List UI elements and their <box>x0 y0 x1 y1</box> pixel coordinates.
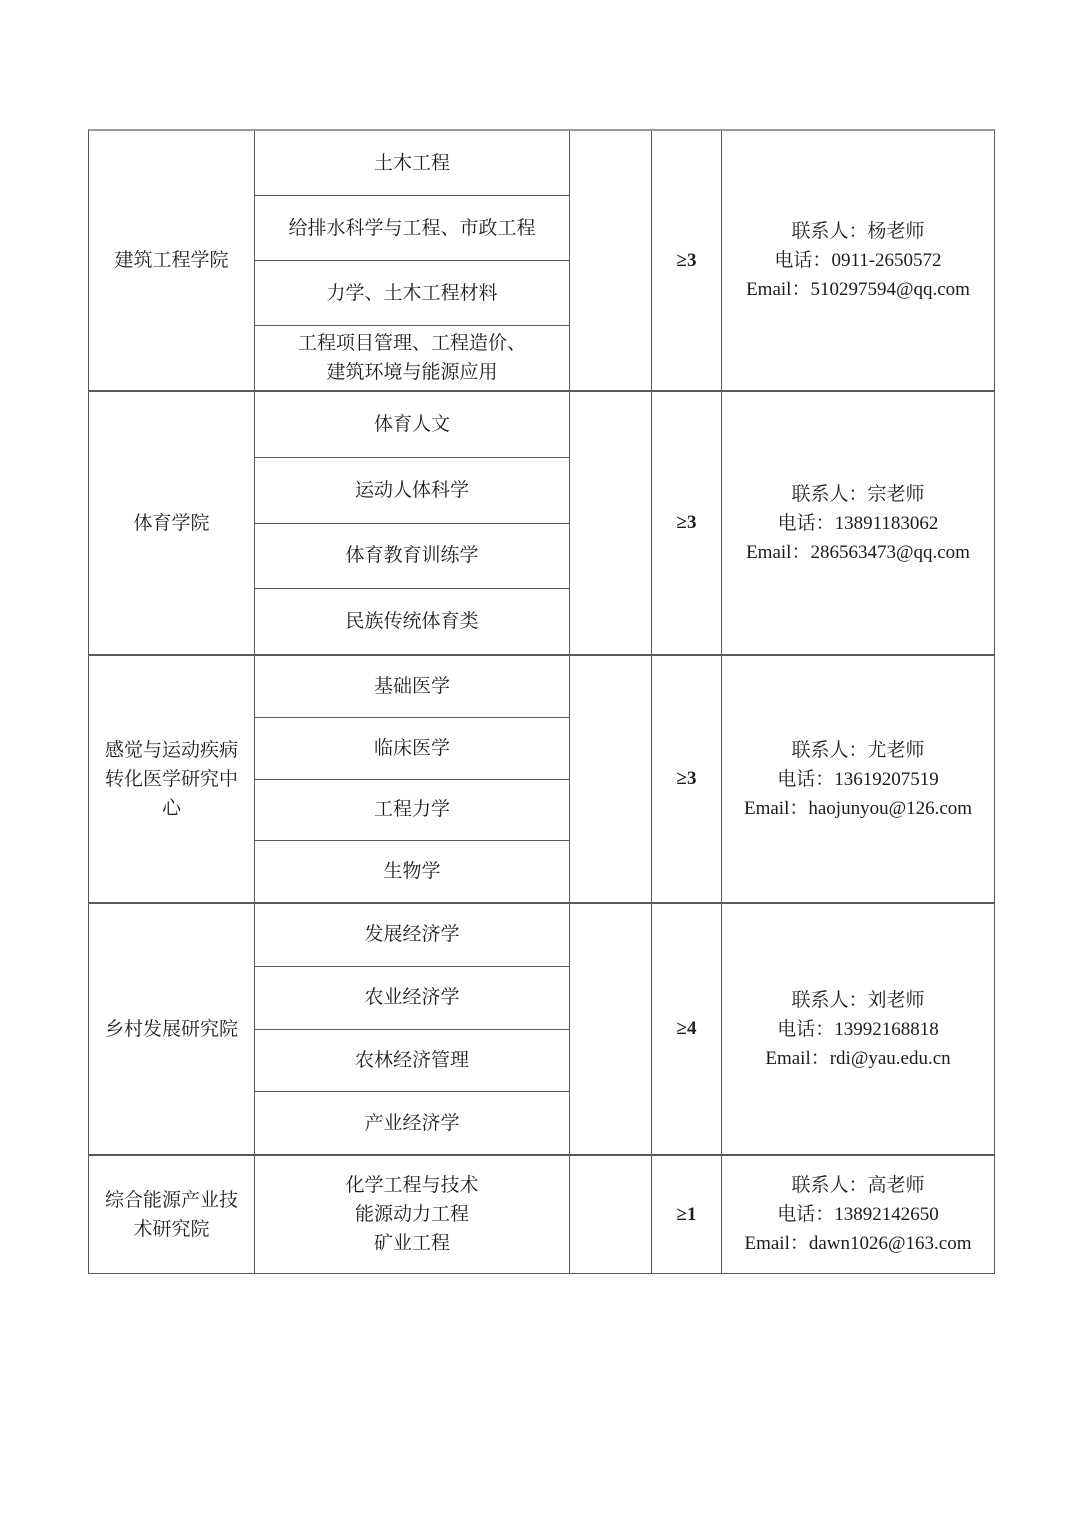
contact-email-line: Email：dawn1026@163.com <box>744 1229 971 1258</box>
quota-cell: ≥3 <box>652 131 722 390</box>
college-cell: 乡村发展研究院 <box>89 904 255 1154</box>
document-page: 建筑工程学院 土木工程 给排水科学与工程、市政工程 力学、土木工程材料 工程项目… <box>0 0 1080 1528</box>
contact-person-label: 联系人： <box>791 484 867 505</box>
contact-cell: 联系人：宗老师 电话：13891183062 Email：286563473@q… <box>722 392 994 654</box>
contact-phone-label: 电话： <box>778 513 835 534</box>
table-row: 感觉与运动疾病 转化医学研究中 心 基础医学 临床医学 工程力学 生物学 ≥3 … <box>89 656 994 904</box>
major-cell: 化学工程与技术 能源动力工程 矿业工程 <box>255 1156 569 1273</box>
contact-email-label: Email： <box>765 1048 829 1069</box>
contact-email-line: Email：510297594@qq.com <box>746 275 970 304</box>
contact-phone-line: 电话：13891183062 <box>778 509 939 538</box>
table-row: 建筑工程学院 土木工程 给排水科学与工程、市政工程 力学、土木工程材料 工程项目… <box>89 131 994 392</box>
major-cell: 基础医学 <box>255 656 569 718</box>
college-cell: 建筑工程学院 <box>89 131 255 390</box>
contact-person-label: 联系人： <box>791 740 867 761</box>
contact-person-line: 联系人：宗老师 <box>791 480 924 509</box>
contact-phone-line: 电话：13892142650 <box>777 1200 939 1229</box>
majors-column: 发展经济学 农业经济学 农林经济管理 产业经济学 <box>255 904 570 1154</box>
majors-column: 土木工程 给排水科学与工程、市政工程 力学、土木工程材料 工程项目管理、工程造价… <box>255 131 570 390</box>
contact-person-value: 高老师 <box>868 1175 925 1196</box>
contact-email-label: Email： <box>744 798 808 819</box>
major-cell: 农业经济学 <box>255 967 569 1030</box>
major-cell: 力学、土木工程材料 <box>255 261 569 326</box>
contact-person-label: 联系人： <box>791 221 867 242</box>
contact-phone-label: 电话： <box>777 1204 834 1225</box>
contact-cell: 联系人：刘老师 电话：13992168818 Email：rdi@yau.edu… <box>722 904 994 1154</box>
contact-email-line: Email：haojunyou@126.com <box>744 794 972 823</box>
contact-person-label: 联系人： <box>791 990 867 1011</box>
major-cell: 运动人体科学 <box>255 458 569 524</box>
contact-phone-label: 电话： <box>777 1019 834 1040</box>
college-name: 建筑工程学院 <box>114 246 228 275</box>
contact-person-value: 尤老师 <box>868 740 925 761</box>
major-cell: 发展经济学 <box>255 904 569 967</box>
contact-person-label: 联系人： <box>791 1175 867 1196</box>
college-name: 综合能源产业技 术研究院 <box>105 1186 238 1244</box>
contact-email-label: Email： <box>746 542 810 563</box>
table-row: 体育学院 体育人文 运动人体科学 体育教育训练学 民族传统体育类 ≥3 联系人：… <box>89 392 994 656</box>
contact-email-value: dawn1026@163.com <box>809 1233 972 1254</box>
major-cell: 体育教育训练学 <box>255 524 569 590</box>
contact-email-line: Email：286563473@qq.com <box>746 538 970 567</box>
majors-column: 基础医学 临床医学 工程力学 生物学 <box>255 656 570 902</box>
contact-person-line: 联系人：刘老师 <box>791 986 924 1015</box>
contact-email-value: 286563473@qq.com <box>810 542 969 563</box>
majors-column: 化学工程与技术 能源动力工程 矿业工程 <box>255 1156 570 1273</box>
contact-cell: 联系人：高老师 电话：13892142650 Email：dawn1026@16… <box>722 1156 994 1273</box>
contact-phone-label: 电话： <box>777 769 834 790</box>
major-cell: 民族传统体育类 <box>255 589 569 654</box>
contact-email-label: Email： <box>746 279 810 300</box>
college-name: 体育学院 <box>133 509 209 538</box>
contact-email-line: Email：rdi@yau.edu.cn <box>765 1044 950 1073</box>
empty-cell <box>570 1156 652 1273</box>
empty-cell <box>570 392 652 654</box>
contact-phone-line: 电话：0911-2650572 <box>774 246 941 275</box>
contact-phone-value: 13891183062 <box>835 513 939 534</box>
major-cell: 临床医学 <box>255 718 569 780</box>
table-row: 乡村发展研究院 发展经济学 农业经济学 农林经济管理 产业经济学 ≥4 联系人：… <box>89 904 994 1156</box>
contact-phone-value: 13992168818 <box>834 1019 939 1040</box>
major-cell: 生物学 <box>255 841 569 902</box>
major-cell: 产业经济学 <box>255 1092 569 1154</box>
empty-cell <box>570 131 652 390</box>
contact-cell: 联系人：尤老师 电话：13619207519 Email：haojunyou@1… <box>722 656 994 902</box>
contact-person-line: 联系人：高老师 <box>791 1171 924 1200</box>
college-cell: 体育学院 <box>89 392 255 654</box>
major-cell: 工程力学 <box>255 780 569 842</box>
college-name: 感觉与运动疾病 转化医学研究中 心 <box>105 736 238 823</box>
major-cell: 工程项目管理、工程造价、 建筑环境与能源应用 <box>255 326 569 390</box>
contact-email-value: haojunyou@126.com <box>808 798 972 819</box>
contact-phone-value: 13619207519 <box>834 769 939 790</box>
empty-cell <box>570 656 652 902</box>
college-cell: 综合能源产业技 术研究院 <box>89 1156 255 1273</box>
major-cell: 土木工程 <box>255 131 569 196</box>
contact-email-label: Email： <box>744 1233 808 1254</box>
contact-person-value: 宗老师 <box>868 484 925 505</box>
contact-email-value: 510297594@qq.com <box>810 279 969 300</box>
contact-phone-value: 0911-2650572 <box>831 250 941 271</box>
contact-person-line: 联系人：尤老师 <box>791 736 924 765</box>
quota-cell: ≥3 <box>652 392 722 654</box>
contact-phone-label: 电话： <box>774 250 831 271</box>
major-cell: 农林经济管理 <box>255 1030 569 1093</box>
college-cell: 感觉与运动疾病 转化医学研究中 心 <box>89 656 255 902</box>
empty-cell <box>570 904 652 1154</box>
contact-phone-line: 电话：13992168818 <box>777 1015 939 1044</box>
table-row: 综合能源产业技 术研究院 化学工程与技术 能源动力工程 矿业工程 ≥1 联系人：… <box>89 1156 994 1273</box>
majors-column: 体育人文 运动人体科学 体育教育训练学 民族传统体育类 <box>255 392 570 654</box>
contact-phone-value: 13892142650 <box>834 1204 939 1225</box>
contact-person-line: 联系人：杨老师 <box>791 217 924 246</box>
major-cell: 给排水科学与工程、市政工程 <box>255 196 569 261</box>
quota-cell: ≥3 <box>652 656 722 902</box>
contact-person-value: 刘老师 <box>868 990 925 1011</box>
college-name: 乡村发展研究院 <box>105 1015 238 1044</box>
contact-person-value: 杨老师 <box>868 221 925 242</box>
contact-email-value: rdi@yau.edu.cn <box>830 1048 951 1069</box>
quota-cell: ≥1 <box>652 1156 722 1273</box>
contact-cell: 联系人：杨老师 电话：0911-2650572 Email：510297594@… <box>722 131 994 390</box>
recruitment-table: 建筑工程学院 土木工程 给排水科学与工程、市政工程 力学、土木工程材料 工程项目… <box>88 129 995 1274</box>
contact-phone-line: 电话：13619207519 <box>777 765 939 794</box>
major-cell: 体育人文 <box>255 392 569 458</box>
quota-cell: ≥4 <box>652 904 722 1154</box>
